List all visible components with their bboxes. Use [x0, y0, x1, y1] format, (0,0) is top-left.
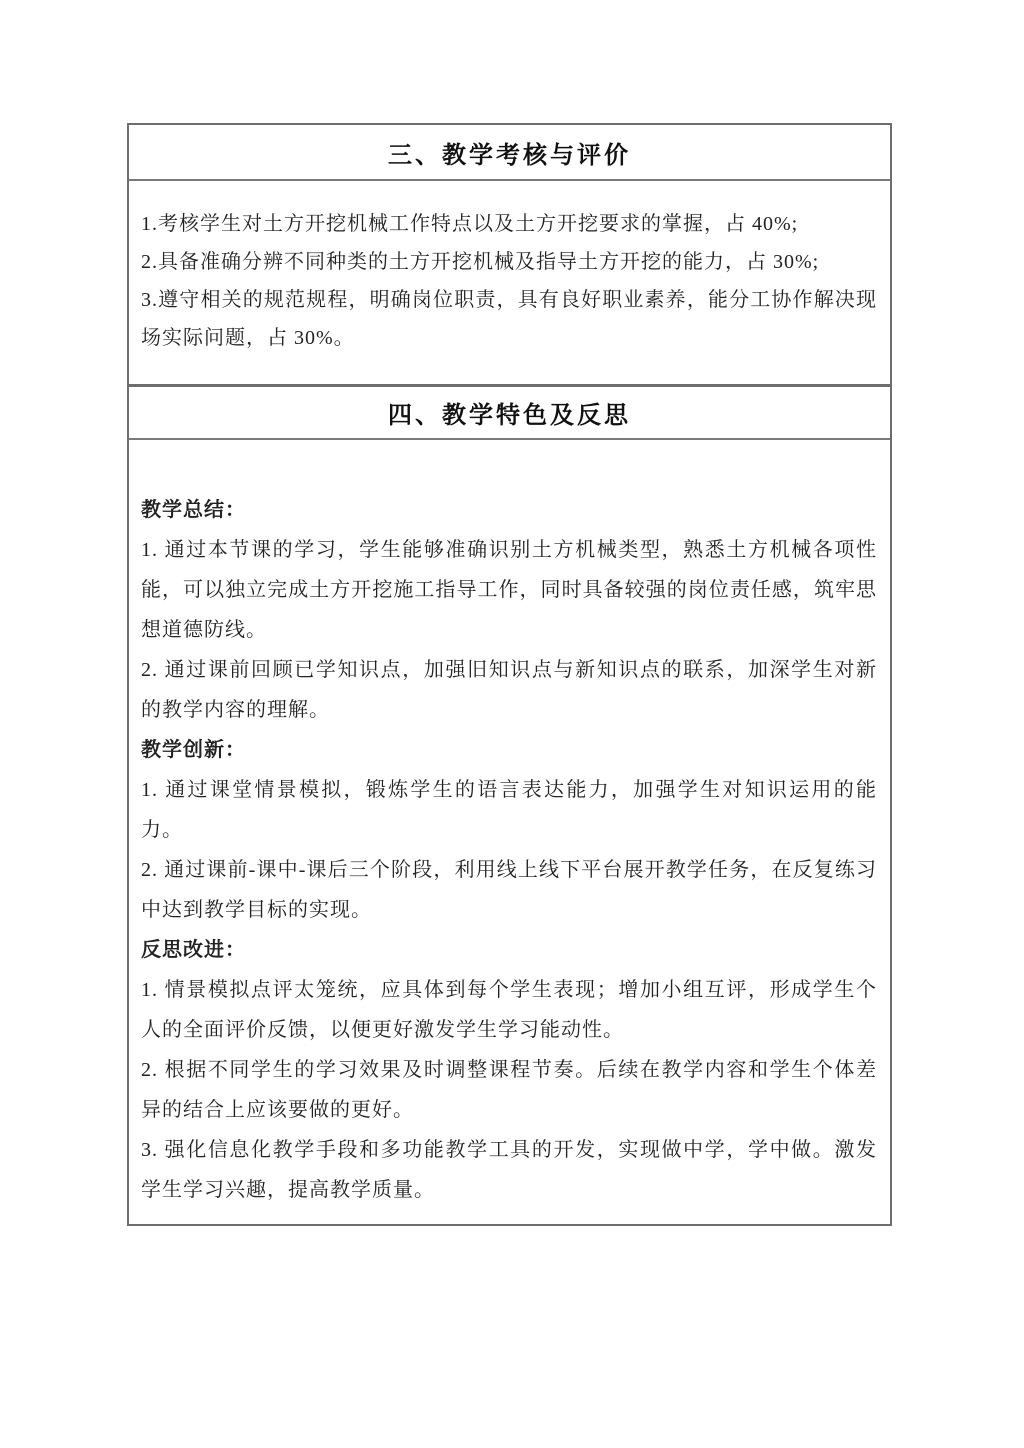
assessment-item: 1.考核学生对土方开挖机械工作特点以及土方开挖要求的掌握，占 40%;: [141, 205, 877, 243]
reflection-item: 3. 强化信息化教学手段和多功能教学工具的开发，实现做中学，学中做。激发学生学习…: [141, 1130, 877, 1210]
reflection-item: 1. 情景模拟点评太笼统，应具体到每个学生表现；增加小组互评，形成学生个人的全面…: [141, 970, 877, 1050]
section3-body-cell: 1.考核学生对土方开挖机械工作特点以及土方开挖要求的掌握，占 40%; 2.具备…: [129, 179, 890, 384]
section3-header-row: 三、教学考核与评价: [129, 125, 890, 179]
section4-body-cell: 教学总结： 1. 通过本节课的学习，学生能够准确识别土方机械类型，熟悉土方机械各…: [129, 438, 890, 1224]
innovation-label: 教学创新：: [141, 730, 877, 770]
summary-item: 1. 通过本节课的学习，学生能够准确识别土方机械类型，熟悉土方机械各项性能，可以…: [141, 530, 877, 650]
section4-title: 四、教学特色及反思: [388, 395, 631, 430]
assessment-item: 2.具备准确分辨不同种类的土方开挖机械及指导土方开挖的能力，占 30%;: [141, 243, 877, 281]
reflection-item: 2. 根据不同学生的学习效果及时调整课程节奏。后续在教学内容和学生个体差异的结合…: [141, 1050, 877, 1130]
reflection-label: 反思改进：: [141, 930, 877, 970]
innovation-item: 2. 通过课前-课中-课后三个阶段，利用线上线下平台展开教学任务，在反复练习中达…: [141, 850, 877, 930]
innovation-item: 1. 通过课堂情景模拟，锻炼学生的语言表达能力，加强学生对知识运用的能力。: [141, 770, 877, 850]
assessment-item: 3.遵守相关的规范规程，明确岗位职责，具有良好职业素养，能分工协作解决现场实际问…: [141, 281, 877, 357]
summary-label: 教学总结：: [141, 490, 877, 530]
document-page: 三、教学考核与评价 1.考核学生对土方开挖机械工作特点以及土方开挖要求的掌握，占…: [0, 0, 1024, 1448]
summary-item: 2. 通过课前回顾已学知识点，加强旧知识点与新知识点的联系，加深学生对新的教学内…: [141, 650, 877, 730]
section3-title: 三、教学考核与评价: [388, 135, 631, 170]
lesson-plan-table: 三、教学考核与评价 1.考核学生对土方开挖机械工作特点以及土方开挖要求的掌握，占…: [127, 123, 892, 1226]
section4-header-row: 四、教学特色及反思: [129, 384, 890, 438]
